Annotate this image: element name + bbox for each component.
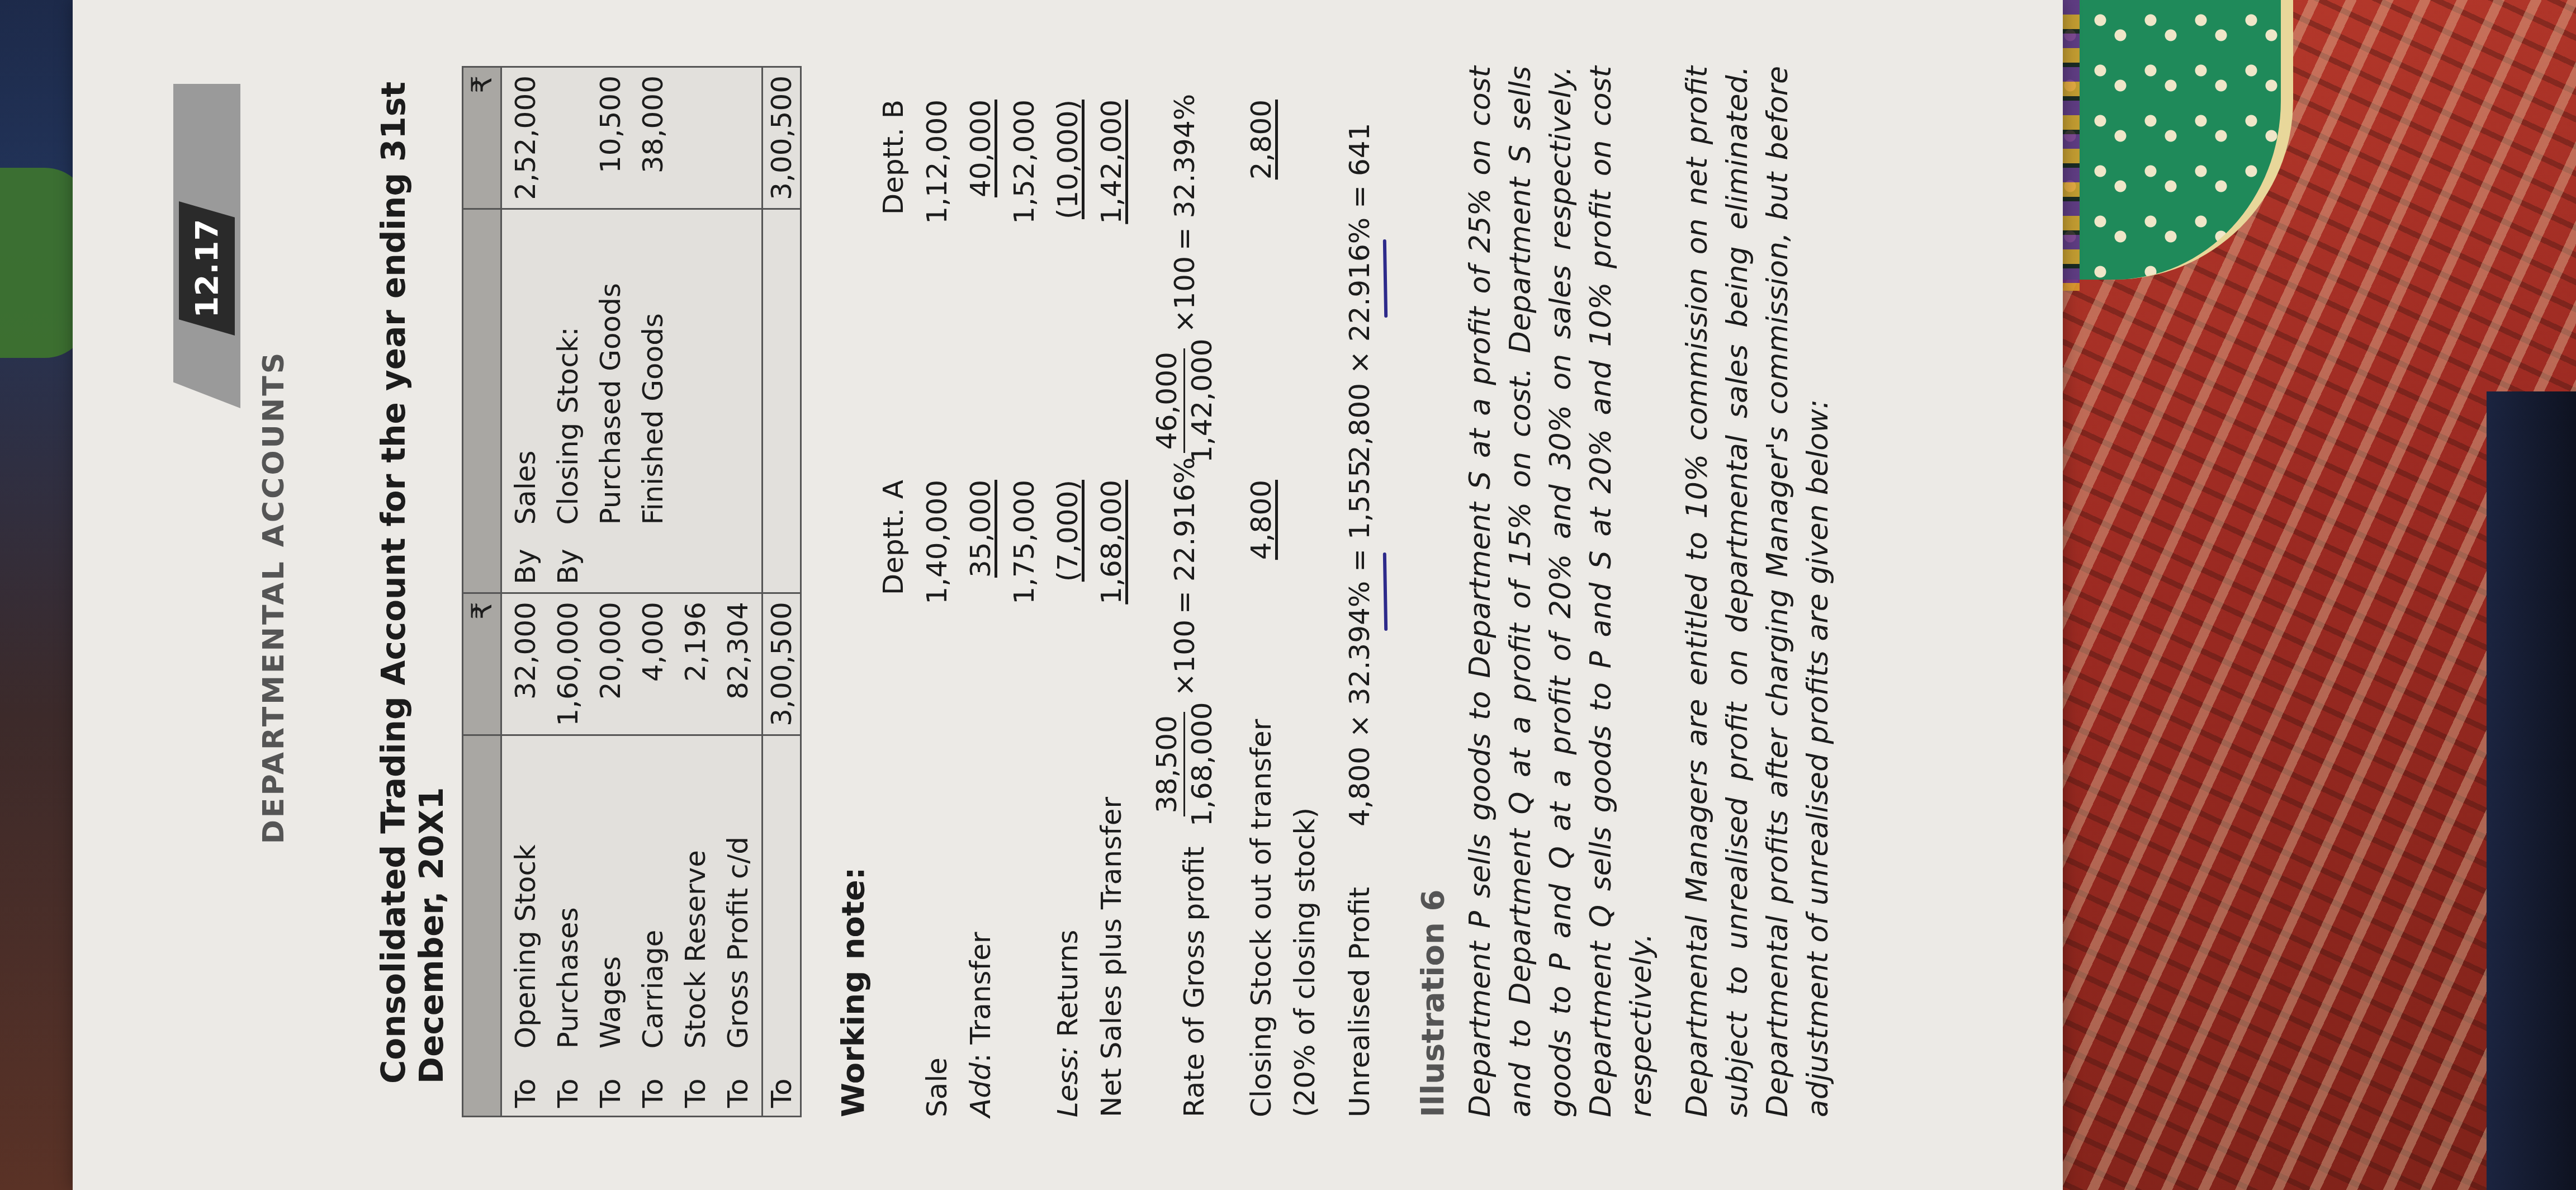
list-item: Net Sales plus Transfer 1,68,000 1,42,00… — [1095, 66, 1139, 1117]
debit-particulars: Opening Stock Purchases Wages Carriage S… — [501, 735, 763, 1056]
running-title: DEPARTMENTAL ACCOUNTS — [257, 351, 291, 844]
fabric-shadow — [2487, 391, 2576, 1190]
working-note-heading: Working note: — [835, 66, 872, 1117]
pen-underline — [1383, 552, 1388, 631]
illustration-paragraph: Departmental Managers are entitled to 10… — [1677, 66, 1838, 1117]
credit-total: 3,00,500 — [763, 67, 801, 209]
working-note: Deptt. A Deptt. B Sale 1,40,000 1,12,000… — [877, 66, 1387, 1117]
closing-stock-subrow: (20% of closing stock) — [1289, 66, 1332, 1117]
unrealised-a: 4,800 × 32.394% = 1,555 — [1343, 460, 1376, 827]
illustration-paragraph: Department P sells goods to Department S… — [1460, 66, 1661, 1117]
gross-profit-formula-a: 38,500 1,68,000 ×100 = 22.916% — [1150, 457, 1219, 827]
textbook-page: DEPARTMENTAL ACCOUNTS 12.17 Consolidated… — [73, 0, 2063, 1190]
table-body-row: To To To To To To Opening Stock Purchase… — [501, 67, 763, 1117]
unrealised-b: 2,800 × 22.916% = 641 — [1343, 123, 1376, 463]
unrealised-profit-row: Unrealised Profit 4,800 × 32.394% = 1,55… — [1343, 66, 1387, 1117]
page-number-tab: 12.17 — [173, 84, 240, 408]
col-deptt-a: Deptt. A — [877, 480, 910, 625]
credit-prefixes: By By — [501, 532, 763, 593]
working-note-header: Deptt. A Deptt. B — [877, 66, 921, 1117]
trading-account-title: Consolidated Trading Account for the yea… — [375, 66, 451, 1084]
page-content: Consolidated Trading Account for the yea… — [375, 66, 1854, 1117]
gross-profit-formula-b: 46,000 1,42,000 ×100 = 32.394% — [1150, 94, 1219, 463]
col-deptt-b: Deptt. B — [877, 100, 910, 245]
debit-prefixes: To To To To To To — [501, 1056, 763, 1116]
debit-amounts: 32,000 1,60,000 20,000 4,000 2,196 82,30… — [501, 593, 763, 735]
totals-row: To 3,00,500 3,00,500 — [763, 67, 801, 1117]
list-item: Sale 1,40,000 1,12,000 — [921, 66, 964, 1117]
running-head: DEPARTMENTAL ACCOUNTS — [257, 189, 291, 1005]
credit-particulars: Sales Closing Stock: Purchased Goods Fin… — [501, 209, 763, 532]
gross-profit-row: Rate of Gross profit 38,500 1,68,000 ×10… — [1150, 66, 1234, 1117]
illustration-heading: Illustration 6 — [1415, 66, 1451, 1117]
list-item: 1,75,000 1,52,000 — [1008, 66, 1052, 1117]
list-item: Less: Returns (7,000) (10,000) — [1052, 66, 1095, 1117]
currency-header-credit: ₹ — [463, 67, 501, 209]
debit-total: 3,00,500 — [763, 593, 801, 735]
trading-account-table: ₹ ₹ To To To To To To — [462, 66, 802, 1117]
credit-amounts: 2,52,000 10,500 38,000 — [501, 67, 763, 209]
closing-stock-row: Closing Stock out of transfer 4,800 2,80… — [1245, 66, 1289, 1117]
list-item: Add: Transfer 35,000 40,000 — [964, 66, 1008, 1117]
currency-header-debit: ₹ — [463, 593, 501, 735]
page-number: 12.17 — [179, 201, 235, 336]
pen-underline — [1383, 239, 1388, 318]
